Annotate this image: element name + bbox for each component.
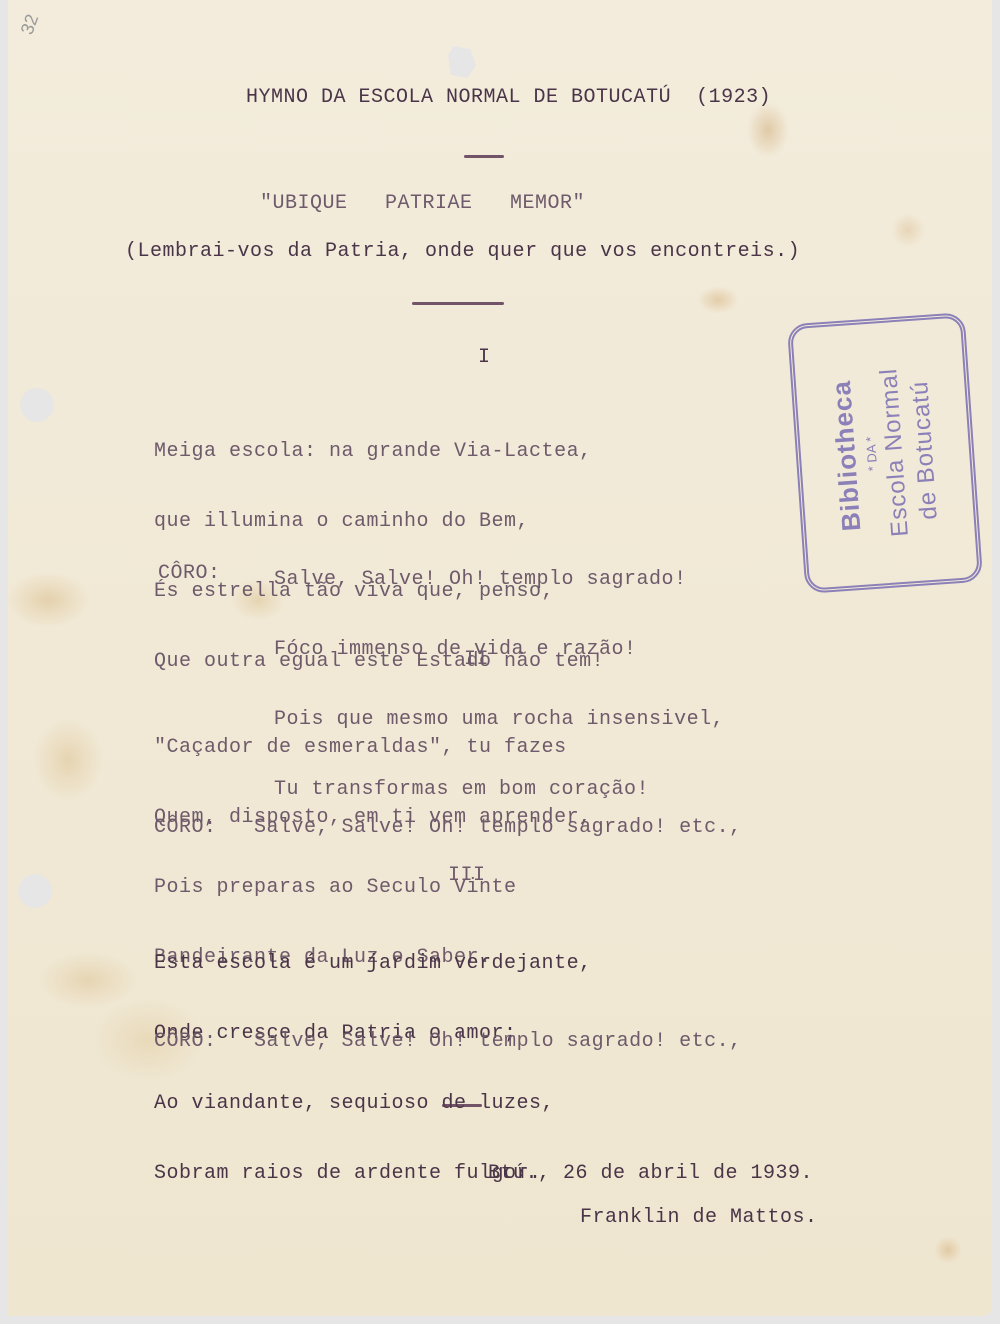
title-text: HYMNO DA ESCOLA NORMAL DE BOTUCATÚ: [246, 86, 671, 109]
signature: Franklin de Mattos.: [580, 1206, 818, 1229]
stanza-numeral-1: I: [478, 346, 491, 369]
punch-hole-bottom: [18, 874, 52, 908]
document-page: 32 HYMNO DA ESCOLA NORMAL DE BOTUCATÚ (1…: [8, 0, 992, 1316]
chorus-label: CÔRO:: [154, 1030, 217, 1053]
stamp-line-2: * DA *: [863, 436, 880, 472]
chorus-line: Fóco immenso de vida e razão!: [274, 638, 724, 662]
stanza-numeral-2: II: [464, 648, 489, 671]
stanza-line: "Caçador de esmeraldas", tu fazes: [154, 736, 592, 760]
divider-short: [464, 155, 504, 158]
divider-long: [412, 302, 504, 305]
chorus-repeat-2: CÔRO: Salve, Salve! Oh! templo sagrado! …: [154, 816, 742, 839]
chorus-repeat: Salve, Salve! Oh! templo sagrado! etc.,: [254, 816, 742, 839]
page-number-pencil: 32: [17, 11, 44, 37]
library-stamp: Bibliotheca * DA * Escola Normal de Botu…: [787, 312, 983, 594]
stanza-line: Ao viandante, sequioso de luzes,: [154, 1092, 592, 1116]
stanza-line: Meiga escola: na grande Via-Lactea,: [154, 440, 604, 464]
stamp-line-1: Bibliotheca: [826, 379, 867, 532]
paper-tear: [448, 46, 476, 78]
chorus-repeat: Salve, Salve! Oh! templo sagrado! etc.,: [254, 1030, 742, 1053]
chorus-line: Salve, Salve! Oh! templo sagrado!: [274, 568, 724, 592]
divider-end: [442, 1104, 482, 1107]
stanza-line: Pois preparas ao Seculo Vinte: [154, 876, 592, 900]
chorus-repeat-3: CÔRO: Salve, Salve! Oh! templo sagrado! …: [154, 1030, 742, 1053]
punch-hole-top: [20, 388, 54, 422]
chorus-label: CÔRO:: [154, 816, 217, 839]
chorus-label: CÔRO:: [158, 562, 221, 585]
document-title: HYMNO DA ESCOLA NORMAL DE BOTUCATÚ (1923…: [246, 86, 771, 109]
date-line: Btú., 26 de abril de 1939.: [488, 1162, 813, 1185]
stanza-numeral-3: III: [448, 864, 486, 887]
motto-translation: (Lembrai-vos da Patria, onde quer que vo…: [125, 240, 800, 263]
motto: "UBIQUE PATRIAE MEMOR": [260, 192, 585, 215]
title-year: (1923): [696, 86, 771, 109]
stanza-line: Esta escola é um jardim verdejante,: [154, 952, 592, 976]
